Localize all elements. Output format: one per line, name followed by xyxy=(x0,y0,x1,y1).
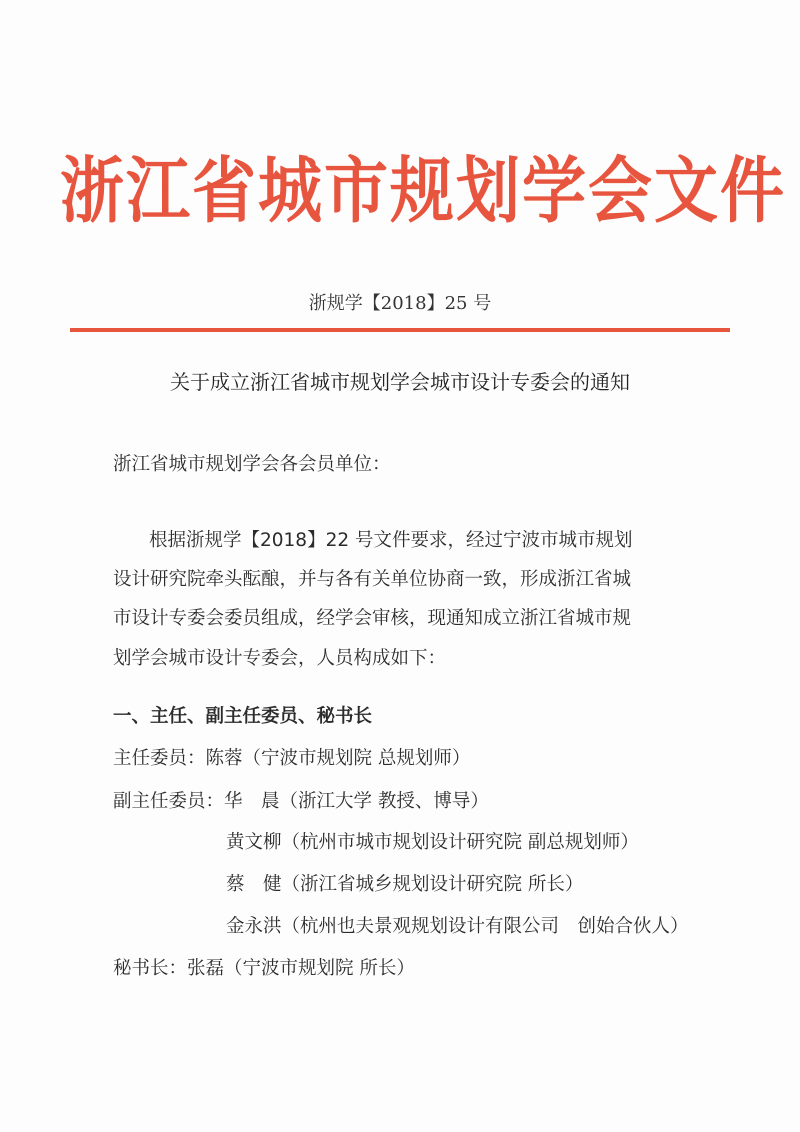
deputy-director-line-1: 副主任委员：华 晨（浙江大学 教授、博导） xyxy=(113,789,489,815)
document-number: 浙规学【2018】25 号 xyxy=(0,292,800,316)
document-page: 浙江省城市规划学会文件 浙规学【2018】25 号 关于成立浙江省城市规划学会城… xyxy=(0,0,800,1132)
paragraph-line-1: 根据浙规学【2018】22 号文件要求，经过宁波市城市规划 xyxy=(149,528,633,554)
masthead-title: 浙江省城市规划学会文件 xyxy=(60,138,740,246)
paragraph-line-4: 划学会城市设计专委会，人员构成如下： xyxy=(113,646,446,672)
paragraph-line-2: 设计研究院牵头酝酿，并与各有关单位协商一致，形成浙江省城 xyxy=(113,567,631,593)
notice-title: 关于成立浙江省城市规划学会城市设计专委会的通知 xyxy=(0,368,800,396)
salutation: 浙江省城市规划学会各会员单位： xyxy=(113,452,391,478)
secretary-general-line: 秘书长：张磊（宁波市规划院 所长） xyxy=(113,956,415,982)
deputy-director-line-4: 金永洪（杭州也夫景观规划设计有限公司 创始合伙人） xyxy=(226,914,689,940)
section-heading: 一、主任、副主任委员、秘书长 xyxy=(113,704,372,730)
red-divider-line xyxy=(70,328,730,332)
deputy-director-line-2: 黄文柳（杭州市城市规划设计研究院 副总规划师） xyxy=(226,830,639,856)
director-line: 主任委员：陈蓉（宁波市规划院 总规划师） xyxy=(113,746,470,772)
deputy-director-line-3: 蔡 健（浙江省城乡规划设计研究院 所长） xyxy=(226,872,583,898)
paragraph-line-3: 市设计专委会委员组成，经学会审核，现通知成立浙江省城市规 xyxy=(113,606,631,632)
